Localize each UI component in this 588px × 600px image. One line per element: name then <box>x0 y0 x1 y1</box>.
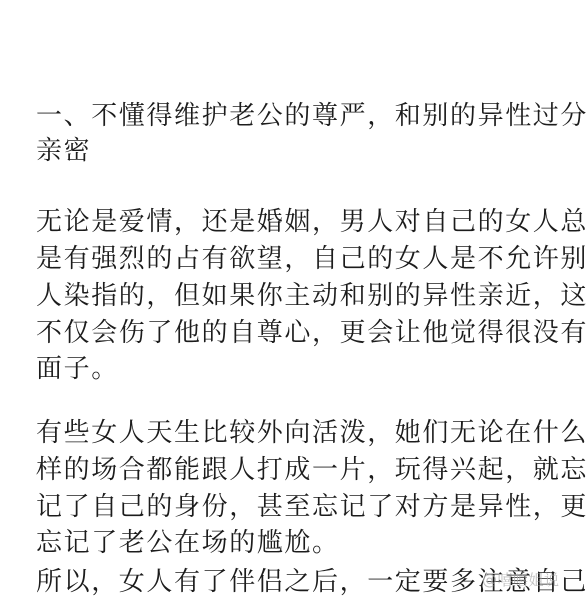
paragraph-1-line-4: 不仅会伤了他的自尊心，更会让他觉得很没有 <box>36 318 588 348</box>
watermark: @嘻嘻姐说 <box>482 570 560 590</box>
paragraph-2-line-4: 忘记了老公在场的尴尬。 <box>36 528 340 558</box>
paragraph-2-line-3: 记了自己的身份，甚至忘记了对方是异性，更 <box>36 492 588 522</box>
paragraph-2-line-2: 样的场合都能跟人打成一片，玩得兴起，就忘 <box>36 455 588 485</box>
paragraph-1-line-5: 面子。 <box>36 354 119 384</box>
paragraph-2-line-1: 有些女人天生比较外向活泼，她们无论在什么 <box>36 418 588 448</box>
paragraph-1-line-1: 无论是爱情，还是婚姻，男人对自己的女人总 <box>36 207 588 237</box>
heading-line-1: 一、不懂得维护老公的尊严，和别的异性过分 <box>36 101 588 131</box>
paragraph-1-line-2: 是有强烈的占有欲望，自己的女人是不允许别 <box>36 244 588 274</box>
paragraph-1-line-3: 人染指的，但如果你主动和别的异性亲近，这 <box>36 281 588 311</box>
heading-line-2: 亲密 <box>36 136 91 166</box>
